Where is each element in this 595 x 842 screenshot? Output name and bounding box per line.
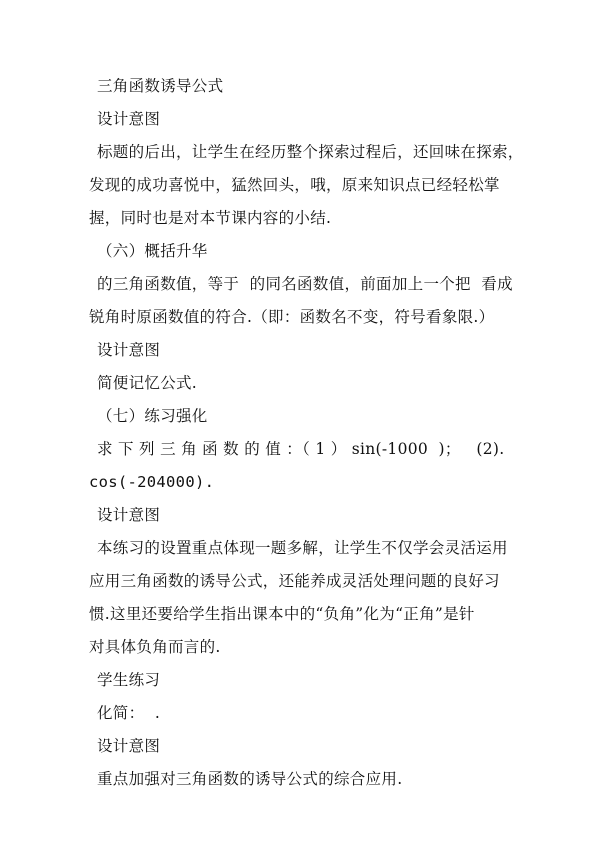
section-heading: （七）练习强化 — [97, 406, 208, 426]
paragraph-line: cos(-204000). — [89, 472, 214, 492]
section-heading: 设计意图 — [97, 340, 160, 360]
section-heading: 设计意图 — [97, 736, 160, 756]
section-heading: 学生练习 — [97, 670, 160, 690]
paragraph-line: 的三角函数值，等于 的同名函数值，前面加上一个把 看成 — [97, 274, 513, 294]
paragraph-line: 应用三角函数的诱导公式，还能养成灵活处理问题的良好习 — [89, 571, 500, 591]
paragraph-line: 本练习的设置重点体现一题多解，让学生不仅学会灵活运用 — [97, 538, 508, 558]
document-page: 三角函数诱导公式 设计意图 标题的后出，让学生在经历整个探索过程后，还回味在探索… — [0, 0, 595, 842]
paragraph-line: 惯.这里还要给学生指出课本中的“负角”化为“正角”是针 — [89, 604, 475, 624]
section-heading: 设计意图 — [97, 109, 160, 129]
paragraph-line: 锐角时原函数值的符合.（即：函数名不变，符号看象限.） — [89, 307, 494, 327]
paragraph-line: 化简： . — [97, 703, 160, 723]
paragraph-line: 对具体负角而言的. — [89, 637, 221, 657]
paragraph-line: 重点加强对三角函数的诱导公式的综合应用. — [97, 769, 402, 789]
paragraph-line: 握，同时也是对本节课内容的小结. — [89, 208, 331, 228]
paragraph-line: 求 下 列 三 角 函 数 的 值 ：（ 1 ） sin(-1000 )； (2… — [97, 439, 504, 459]
paragraph-line: 简便记忆公式. — [97, 373, 197, 393]
doc-title: 三角函数诱导公式 — [97, 76, 223, 96]
paragraph-line: 标题的后出，让学生在经历整个探索过程后，还回味在探索， — [97, 142, 524, 162]
paragraph-line: 发现的成功喜悦中，猛然回头，哦，原来知识点已经轻松掌 — [89, 175, 500, 195]
section-heading: （六）概括升华 — [97, 241, 208, 261]
section-heading: 设计意图 — [97, 505, 160, 525]
